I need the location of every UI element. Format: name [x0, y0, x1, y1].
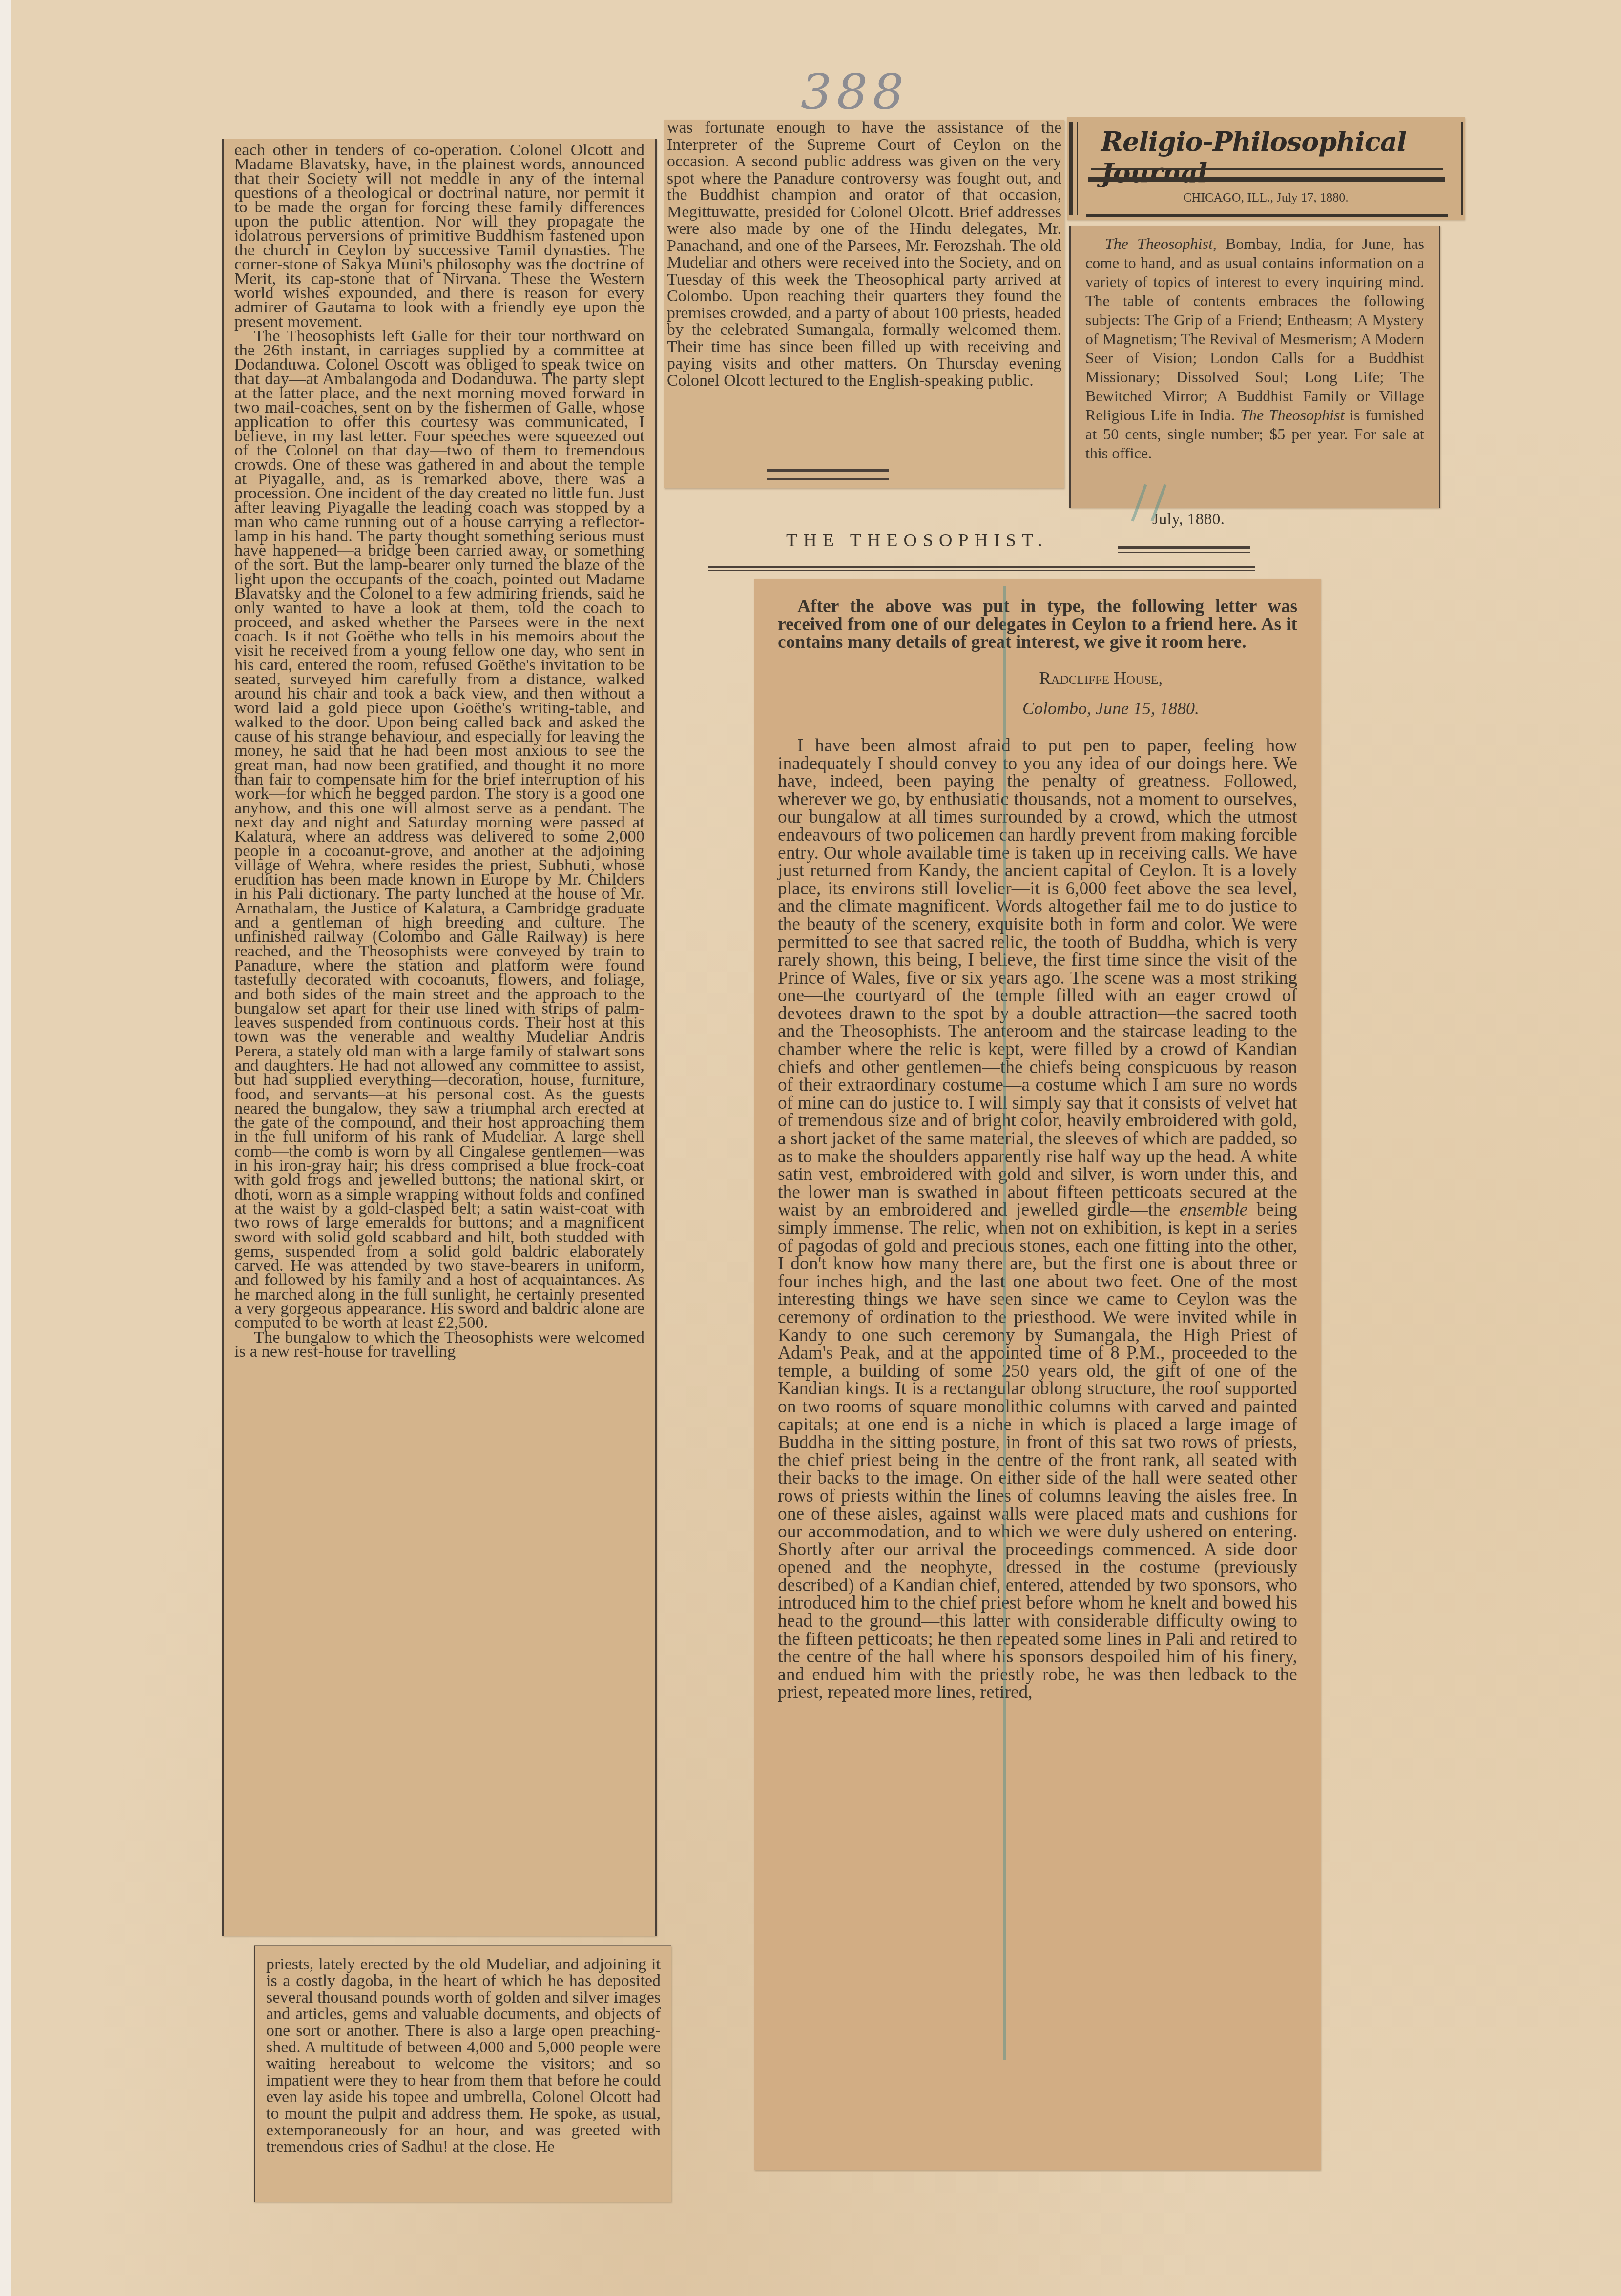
letter-clipping: After the above was put in type, the fol… — [754, 579, 1321, 2170]
left-column-text: each other in tenders of co-operation. C… — [234, 139, 644, 1359]
paragraph: was fortunate enough to have the assista… — [667, 120, 1061, 389]
header-rule — [708, 566, 1255, 571]
letter-address: Radcliffe House, — [905, 669, 1297, 687]
left-column-clipping: each other in tenders of co-operation. C… — [222, 139, 657, 1936]
paragraph: The Theosophists left Galle for their to… — [234, 329, 644, 1330]
section-rule — [767, 469, 889, 480]
blue-pencil-line — [1003, 586, 1006, 2060]
page-number: 388 — [801, 63, 909, 121]
notice-text: The Theosophist, Bombay, India, for June… — [1085, 234, 1424, 463]
middle-column-clipping: was fortunate enough to have the assista… — [664, 120, 1064, 488]
paragraph: priests, lately erected by the old Mudel… — [266, 1956, 661, 2155]
paragraph: The Theosophist, Bombay, India, for June… — [1085, 234, 1424, 463]
paragraph: The bungalow to which the Theosophists w… — [234, 1330, 644, 1359]
rule — [1086, 214, 1448, 217]
theosophist-notice-clipping: The Theosophist, Bombay, India, for June… — [1069, 226, 1440, 508]
left-column-continuation-text: priests, lately erected by the old Mudel… — [266, 1956, 661, 2155]
paragraph: each other in tenders of co-operation. C… — [234, 143, 644, 329]
header-rule — [1118, 546, 1250, 553]
letter-body-part: I have been almost afraid to put pen to … — [778, 736, 1297, 1220]
publication-name: The Theosophist — [1240, 406, 1344, 424]
running-head: THE THEOSOPHIST. — [786, 530, 1048, 551]
left-column-continuation-clipping: priests, lately erected by the old Mudel… — [254, 1945, 671, 2202]
rule — [1091, 168, 1443, 170]
rule — [1088, 177, 1445, 182]
middle-column-text: was fortunate enough to have the assista… — [667, 120, 1061, 389]
italic-term: ensemble — [1180, 1200, 1248, 1220]
letter-body-part: being simply immense. The relic, when no… — [778, 1200, 1297, 1702]
editor-note: After the above was put in type, the fol… — [778, 598, 1297, 652]
letter-dateline: Colombo, June 15, 1880. — [924, 700, 1297, 718]
letter-body: I have been almost afraid to put pen to … — [778, 737, 1297, 1702]
journal-dateline: CHICAGO, ILL., July 17, 1880. — [1067, 190, 1465, 205]
scan-edge — [0, 0, 11, 2296]
publication-name: The Theosophist — [1105, 235, 1213, 252]
notice-body: , Bombay, India, for June, has come to h… — [1085, 235, 1424, 424]
clipping-date: July, 1880. — [1152, 510, 1225, 529]
journal-masthead-clipping: Religio-Philosophical Journal CHICAGO, I… — [1067, 117, 1465, 220]
letter-text: After the above was put in type, the fol… — [778, 598, 1297, 1702]
